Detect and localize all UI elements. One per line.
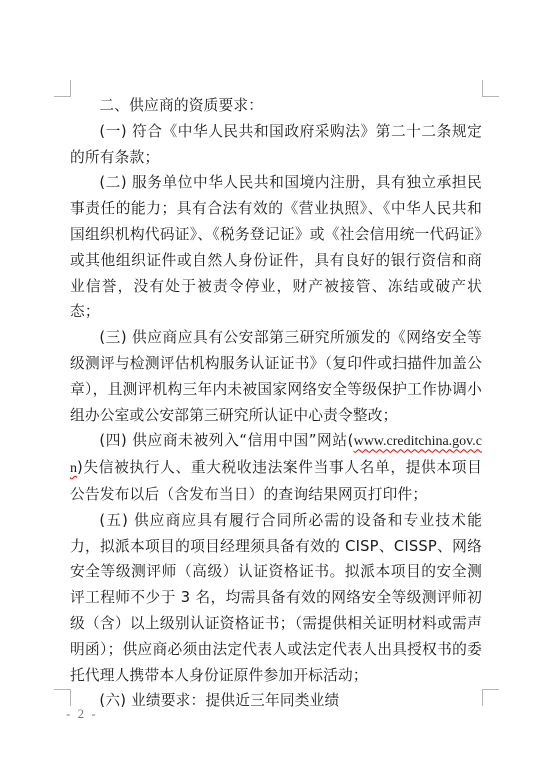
crop-mark-top-right [482, 80, 499, 97]
crop-mark-bottom-left [54, 689, 71, 706]
page-content: 二、供应商的资质要求： (一) 符合《中华人民共和国政府采购法》第二十二条规定的… [70, 93, 482, 714]
clause-1: (一) 符合《中华人民共和国政府采购法》第二十二条规定的所有条款； [70, 119, 482, 171]
clause-4: (四) 供应商未被列入“信用中国”网站(www.creditchina.gov.… [70, 428, 482, 507]
clause-4-text-post: )失信被执行人、重大税收违法案件当事人名单，提供本项目公告发布以后（含发布当日）… [70, 459, 482, 503]
clause-4-text-pre: (四) 供应商未被列入“信用中国”网站( [99, 432, 353, 449]
clause-3: (三) 供应商应具有公安部第三研究所颁发的《网络安全等级测评与检测评估机构服务认… [70, 325, 482, 428]
clause-5: (五) 供应商应具有履行合同所必需的设备和专业技术能力，拟派本项目的项目经理须具… [70, 508, 482, 689]
clause-6: (六) 业绩要求：提供近三年同类业绩 [70, 688, 482, 714]
clause-2: (二) 服务单位中华人民共和国境内注册，具有独立承担民事责任的能力；具有合法有效… [70, 170, 482, 325]
crop-mark-top-left [54, 80, 71, 97]
document-page: 二、供应商的资质要求： (一) 符合《中华人民共和国政府采购法》第二十二条规定的… [0, 0, 548, 781]
page-number: - 2 - [66, 706, 98, 722]
section-heading: 二、供应商的资质要求： [70, 93, 482, 119]
crop-mark-bottom-right [482, 689, 499, 706]
